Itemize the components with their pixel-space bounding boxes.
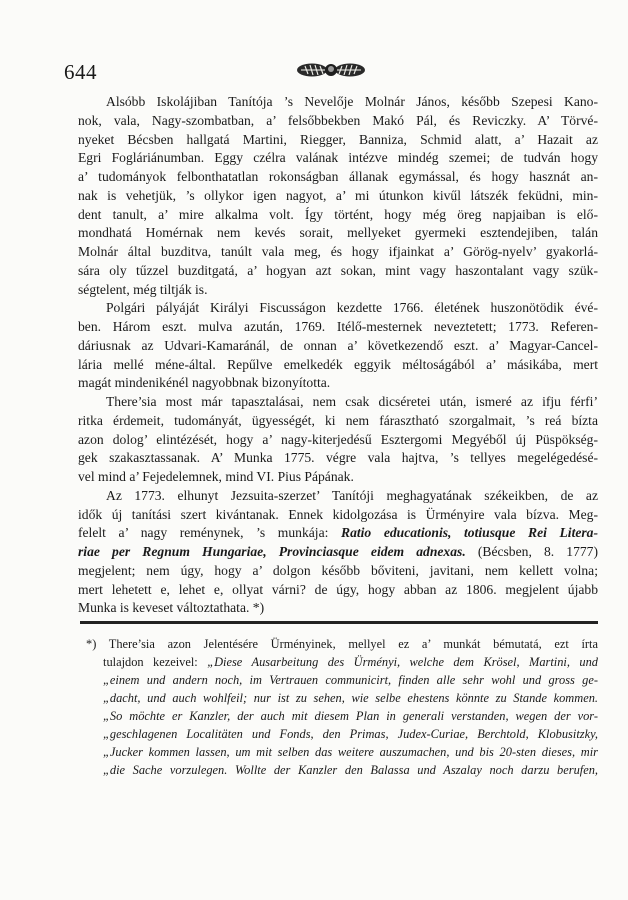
- text-line: nak is vehetjük, ’s ollykor igen nagyot,…: [78, 187, 598, 206]
- text-line: nyeket Bécsben hallgatá Martini, Riegger…: [78, 131, 598, 150]
- work-title: Regnum Hungariae: [142, 544, 263, 559]
- footnote-line: „Jucker kommen lassen, um mit selben das…: [86, 743, 598, 761]
- footnote-line: „geschlagenen Localitäten und Fonds, den…: [86, 725, 598, 743]
- text-line: felelt a’ nagy reménynek, ’s munkája: Ra…: [78, 524, 598, 543]
- body-text: Alsóbb Iskolájiban Tanítója ’s Nevelője …: [78, 93, 598, 618]
- text-line: riae per Regnum Hungariae, Provinciasque…: [78, 543, 598, 562]
- footnote-line: „So möchte er Kanzler, der auch mit dies…: [86, 707, 598, 725]
- text-line: mert lehetett e, lehet e, ollyat várni? …: [78, 581, 598, 600]
- text-line: megjelent; nem úgy, hogy a’ dolgon későb…: [78, 562, 598, 581]
- text-line: Molnár által buzditva, tanúlt vala meg, …: [78, 243, 598, 262]
- footnote-line: „dacht, und auch wohlfeil; nur ist zu se…: [86, 689, 598, 707]
- footnote-line: *) There’sia azon Jelentésére Ürményinek…: [86, 635, 598, 653]
- work-title: riae per: [78, 544, 130, 559]
- text-line: Polgári pályáját Királyi Fiscusságon kez…: [78, 299, 598, 318]
- work-title: , Provinciasque eidem adnexas.: [263, 544, 466, 559]
- text-line: magát mindenikénél nagyobbnak bizonyítot…: [78, 374, 598, 393]
- text-line: lária mellé méne-által. Repűlve emelkedé…: [78, 356, 598, 375]
- footnote: *) There’sia azon Jelentésére Ürményinek…: [86, 635, 598, 779]
- footnote-quote: „Diese Ausarbeitung des Ürményi, welche …: [207, 655, 598, 669]
- text-line: nok, vala, Nagy-szombatban, a’ felsőbbek…: [78, 112, 598, 131]
- text-line: sára oly tűzzel buzditgatá, a’ hogyan az…: [78, 262, 598, 281]
- text-line: Az 1773. elhunyt Jezsuita-szerzet’ Tanít…: [78, 487, 598, 506]
- text-fragment: felelt a’ nagy reménynek, ’s munkája:: [78, 525, 328, 540]
- work-title: Ratio educationis, totiusque Rei Litera-: [341, 525, 598, 540]
- footnote-fragment: tulajdon kezeivel:: [103, 655, 198, 669]
- page-number: 644: [64, 60, 97, 85]
- text-line: mondhatá Homérnak nem kevés sorait, mell…: [78, 224, 598, 243]
- book-page: 644 Alsóbb Iskolájiban Tanítója ’s Nevel…: [0, 0, 628, 900]
- text-line: ségtelent, még tiltják is.: [78, 281, 598, 300]
- text-line: gek szakasztassanak. A’ Munka 1775. végr…: [78, 449, 598, 468]
- text-line: Alsóbb Iskolájiban Tanítója ’s Nevelője …: [78, 93, 598, 112]
- text-line: There’sia most már tapasztalásai, nem cs…: [78, 393, 598, 412]
- footnote-divider: [80, 621, 598, 624]
- text-line: dáriusnak az Udvari-Kamaránál, de onnan …: [78, 337, 598, 356]
- text-line: dent tanult, a’ mire alkalma volt. Így t…: [78, 206, 598, 225]
- publication-info: (Bécsben, 8. 1777): [478, 544, 598, 559]
- text-line: Munka is keveset változtathata. *): [78, 599, 598, 618]
- footnote-line: „die Sache vorzulegen. Wollte der Kanzle…: [86, 761, 598, 779]
- text-line: Egri Fogláriánumban. Eggy czélra valának…: [78, 149, 598, 168]
- text-line: vel mind a’ Fejedelemnek, mind VI. Pius …: [78, 468, 598, 487]
- text-line: ritka érdemeit, tudományát, ügyességét, …: [78, 412, 598, 431]
- text-line: idők új tanítási szert kivántanak. Ennek…: [78, 506, 598, 525]
- floral-ornament-icon: [295, 60, 367, 80]
- text-line: a’ tudományok felbonthatatlan rokonságba…: [78, 168, 598, 187]
- text-line: azon dolog’ elintézését, hogy a’ nagy-ki…: [78, 431, 598, 450]
- footnote-line: „einem und andern noch, im Vertrauen com…: [86, 671, 598, 689]
- footnote-line: tulajdon kezeivel: „Diese Ausarbeitung d…: [86, 653, 598, 671]
- text-line: ben. Három eszt. mulva azután, 1769. Ité…: [78, 318, 598, 337]
